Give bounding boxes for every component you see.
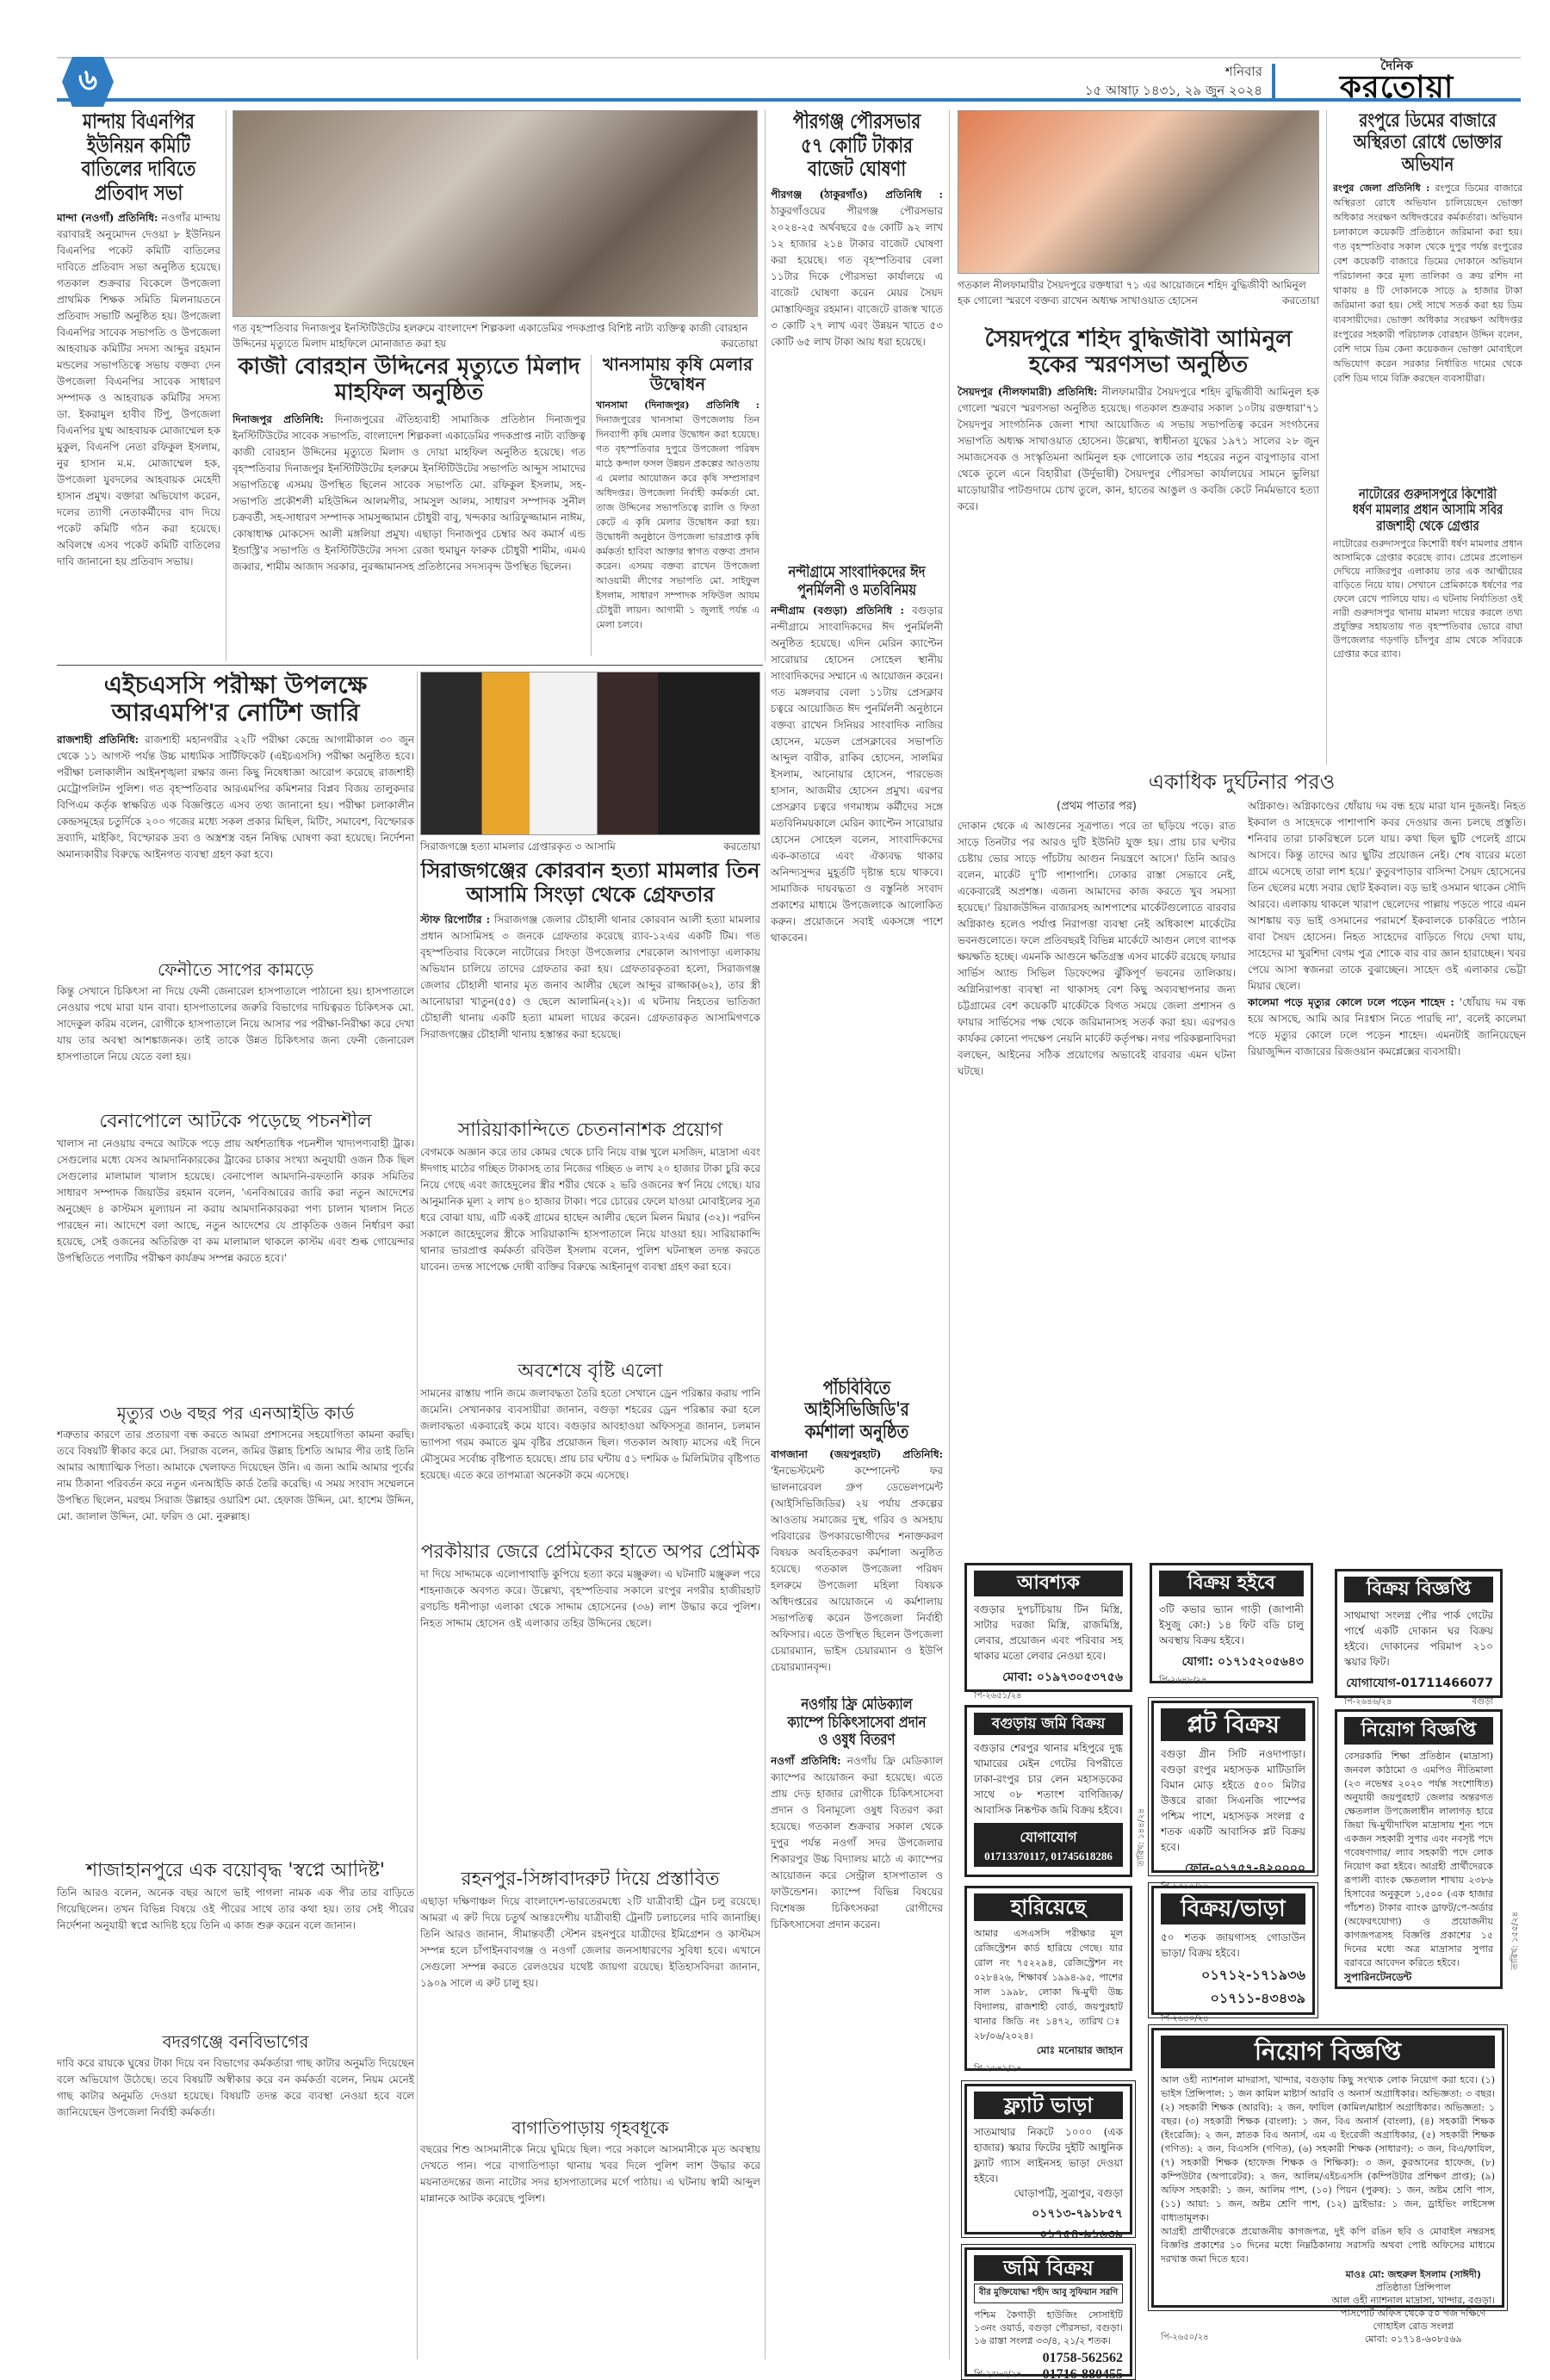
- headline: কাজী বোরহান উদ্দিনের মৃত্যুতে মিলাদ মাহফ…: [232, 355, 586, 406]
- article-body: বেগমকে অজ্ঞান করে তার কোমর থেকে চাবি নিয…: [420, 1144, 760, 1275]
- headline: পরকীয়ার জেরে প্রেমিকের হাতে অপর প্রেমিক: [420, 1541, 760, 1563]
- ad-title: নিয়োগ বিজ্ঞপ্তি: [1161, 2036, 1495, 2068]
- column-divider: [417, 672, 418, 2359]
- headline: বেনাপোলে আটকে পড়েছে পচনশীল: [57, 1111, 414, 1132]
- dateline: বাগজানা (জয়পুরহাট) প্রতিনিধি:: [771, 1448, 943, 1460]
- article-body: তিনি আরও বলেন, অনেক বছর আগে ভাই পাগলা না…: [57, 1885, 414, 1934]
- ad-sale-notice: বিক্রয় বিজ্ঞপ্তি সাথমাথা সংলগ্ন পৌর পার…: [1335, 1569, 1503, 1698]
- ad-title: আবশ্যক: [974, 1571, 1123, 1596]
- ad-phone-1: 01758-562562: [974, 2351, 1123, 2366]
- article-nid: মৃত্যুর ৩৬ বছর পর এনআইডি কার্ড শত্রুতার …: [57, 1404, 414, 1851]
- ad-title: নিয়োগ বিজ্ঞপ্তি: [1344, 1717, 1493, 1745]
- article-body: নন্দীগ্রাম (বগুড়া) প্রতিনিধি : বগুড়ার …: [771, 603, 943, 946]
- article-sirajganj: সিরাজগঞ্জের কোরবান হত্যা মামলার তিন আসাম…: [420, 859, 760, 1109]
- headline: মান্দায় বিএনপির ইউনিয়ন কমিটি বাতিলের দ…: [71, 110, 206, 205]
- article-accident: একাধিক দুর্ঘটনার পরও (প্রথম পাতার পর) দো…: [958, 771, 1526, 1287]
- side-code: তারিখ: ১৪৪/২৪: [1135, 1808, 1150, 1867]
- body-text: দিনাজপুরের ঐতিহ্যবাহী সামাজিক প্রতিষ্ঠান…: [232, 413, 586, 573]
- photo-credit: করতোয়া: [1282, 293, 1319, 308]
- signatory-line: মোবা: ০১৭১৪-৬০৮৫৬৯: [1331, 2333, 1495, 2346]
- right-column: অগ্নিকাণ্ড। অগ্নিকাণ্ডের ধোঁয়ায় দম বন্…: [1248, 798, 1526, 1080]
- headline: সিরাজগঞ্জের কোরবান হত্যা মামলার তিন আসাম…: [420, 859, 760, 907]
- headline: একাধিক দুর্ঘটনার পরও: [958, 771, 1526, 795]
- article-body: মান্দা (নওগাঁ) প্রতিনিধি: নওগাঁর মান্দায…: [57, 210, 220, 570]
- masthead: ৬ শনিবার ১৫ আষাঢ় ১৪৩১, ২৯ জুন ২০২৪ দৈনি…: [57, 57, 1521, 102]
- article-benapole: বেনাপোলে আটকে পড়েছে পচনশীল খালাস না নেও…: [57, 1111, 414, 1395]
- subhead-2: কালেমা পড়ে মৃত্যুর কোলে ঢলে পড়েন শাহেদ…: [1248, 996, 1454, 1008]
- dateline: দিনাজপুর প্রতিনিধি:: [232, 413, 324, 425]
- ad-title: বিক্রয়/ভাড়া: [1161, 1893, 1305, 1924]
- article-body: বাগজানা (জয়পুরহাট) প্রতিনিধি: 'ইনভেস্টম…: [771, 1447, 943, 1676]
- photo-memorial: [958, 110, 1319, 274]
- headline: রংপুরে ডিমের বাজারে অস্থিরতা রোধে ভোক্তা…: [1350, 110, 1505, 176]
- article-body: রাজশাহী প্রতিনিধি: রাজশাহী মহানগরীর ২২টি…: [57, 732, 414, 863]
- ad-location: ঘোড়াপট্টি, সুত্রাপুর, বগুড়া: [974, 2186, 1123, 2203]
- article-pirganj: পীরগঞ্জ পৌরসভার ৫৭ কোটি টাকার বাজেট ঘোষণ…: [771, 110, 943, 558]
- headline: খানসামায় কৃষি মেলার উদ্বোধন: [596, 355, 759, 394]
- article-manda: মান্দায় বিএনপির ইউনিয়ন কমিটি বাতিলের দ…: [57, 110, 220, 661]
- article-saidpur: সৈয়দপুরে শহিদ বুদ্ধিজীবী আমিনুল হকের স্…: [958, 327, 1319, 672]
- column-divider: [226, 110, 226, 661]
- article-body: কিন্তু সেখানে চিকিৎসা না দিয়ে ফেনী জেনা…: [57, 983, 414, 1065]
- body-text: দিনাজপুরের খানসামা উপজেলায় তিন দিনব্যাপ…: [596, 414, 759, 630]
- ad-code: পি-২৬৪০/২৪: [1161, 2012, 1305, 2027]
- ad-title: ফ্ল্যাট ভাড়া: [974, 2092, 1123, 2119]
- body-right: অগ্নিকাণ্ড। অগ্নিকাণ্ডের ধোঁয়ায় দম বন্…: [1248, 798, 1526, 995]
- signatory-line: প্রতিষ্ঠাতা প্রিন্সিপাল: [1331, 2281, 1495, 2294]
- ad-contact: যোগাযোগ-01711466077: [1344, 1673, 1493, 1694]
- ad-phone-2: ০১৭১১-৪৩৪৩৯: [1161, 1987, 1305, 2011]
- newspaper-logo: দৈনিক করতোয়া: [1285, 59, 1509, 103]
- body-text: নওগাঁয় ফ্রি মেডিক্যাল ক্যাম্পের আয়োজন …: [771, 1755, 943, 1931]
- ad-code: পি-২৬৪৯/২৪: [974, 2062, 1123, 2077]
- signatory-name: মাওঃ মো: জহুরুল ইসলাম (সাঈদী): [1331, 2268, 1495, 2281]
- headline: রহনপুর-সিঙ্গাবাদরুট দিয়ে প্রস্তাবিত: [420, 1869, 760, 1890]
- ad-signature-block: মাওঃ মো: জহুরুল ইসলাম (সাঈদী) প্রতিষ্ঠাত…: [1331, 2268, 1495, 2346]
- article-body: সৈয়দপুর (নীলফামারী) প্রতিনিধি: নীলফামার…: [958, 384, 1319, 515]
- ad-flat-rent: ফ্ল্যাট ভাড়া সাতমাথার নিকটে ১০০০ (এক হা…: [964, 2084, 1132, 2234]
- article-porokiya: পরকীয়ার জেরে প্রেমিকের হাতে অপর প্রেমিক…: [420, 1541, 760, 1800]
- article-body: খালাস না নেওয়ায় বন্দরে আটকে পড়ে প্রায…: [57, 1136, 414, 1267]
- ad-subtitle: বীর মুক্তিযোদ্ধা শহীদ আবু সুফিয়ান সরণি: [974, 2284, 1123, 2303]
- ad-phone-2: ০১৭৫৪-৯১৬৩৯: [974, 2224, 1123, 2245]
- subhead: (প্রথম পাতার পর): [958, 798, 1236, 816]
- date-divider: [1272, 64, 1275, 98]
- ad-title: বিক্রয় বিজ্ঞপ্তি: [1344, 1577, 1493, 1602]
- dateline: সৈয়দপুর (নীলফামারী) প্রতিনিধি:: [958, 386, 1097, 398]
- article-hsc: এইচএসসি পরীক্ষা উপলক্ষে আরএমপি'র নোটিশ জ…: [57, 672, 414, 956]
- logo-big: করতোয়া: [1285, 72, 1509, 103]
- ad-title: প্লট বিক্রয়: [1161, 1708, 1305, 1741]
- article-rain: অবশেষে বৃষ্টি এলো সামনের রাস্তায় পানি জ…: [420, 1360, 760, 1533]
- ad-body: ৩টি কভার ভ্যান গাড়ী (জাপানী ইসুজু কো:) …: [1159, 1602, 1304, 1648]
- photo-caption: সিরাজগঞ্জে হত্যা মামলার গ্রেপ্তারকৃত ৩ আ…: [420, 839, 760, 854]
- article-body: দাবি করে রায়কে ঘুষের টাকা দিয়ে বন বিভা…: [57, 2055, 414, 2121]
- contact-label: যোগাযোগ: [977, 1826, 1119, 1850]
- article-body: দিনাজপুর প্রতিনিধি: দিনাজপুরের ঐতিহ্যবাহ…: [232, 412, 586, 575]
- contact-phones: 01713370117, 01745618286: [977, 1850, 1119, 1863]
- page-number-badge: ৬: [62, 57, 114, 107]
- photo-caption: গতকাল নীলফামারীর সৈয়দপুরে রক্তধারা ৭১ এ…: [958, 277, 1319, 308]
- photo-arrested: [420, 672, 760, 835]
- caption-text: সিরাজগঞ্জে হত্যা মামলার গ্রেপ্তারকৃত ৩ আ…: [420, 840, 616, 852]
- ad-lost: হারিয়েছে আমার এসএসসি পরীক্ষার মূল রেজিস…: [964, 1886, 1132, 2071]
- article-shajahanpur: শাজাহানপুরে এক বয়োবৃদ্ধ 'স্বপ্নে আদিষ্ট…: [57, 1860, 414, 2024]
- headline: নাটোরের গুরুদাসপুরে কিশোরী ধর্ষণ মামলার …: [1350, 487, 1505, 534]
- ad-code: পি-২৫৮৩/২৪: [974, 2368, 1022, 2380]
- ad-body-2: আগ্রহী প্রার্থীদেরকে প্রয়োজনীয় কাগজপত্…: [1161, 2225, 1495, 2266]
- article-body: রংপুর জেলা প্রতিনিধি : রংপুরে ডিমের বাজা…: [1333, 181, 1522, 386]
- column-divider: [765, 110, 766, 661]
- column-divider: [591, 355, 592, 656]
- headline: পীরগঞ্জ পৌরসভার ৫৭ কোটি টাকার বাজেট ঘোষণ…: [786, 110, 927, 182]
- ad-phone-1: ০১৭১৩-৭৯১৮৫৭: [974, 2203, 1123, 2224]
- dateline: রাজশাহী প্রতিনিধি:: [57, 734, 139, 746]
- article-kazi: কাজী বোরহান উদ্দিনের মৃত্যুতে মিলাদ মাহফ…: [232, 355, 586, 656]
- ad-title: বগুড়ায় জমি বিক্রয়: [974, 1713, 1123, 1735]
- ad-contact-box: যোগাযোগ 01713370117, 01745618286: [974, 1823, 1123, 1867]
- signatory-line: আল ওহী ন্যাশনাল মাদ্রাসা, খান্দার, বগুড়…: [1331, 2294, 1495, 2307]
- article-body: শত্রুতার কারণে তার প্রতারণা বন্ধ করতে আম…: [57, 1427, 414, 1525]
- body-text: রংপুরে ডিমের বাজারে অস্থিরতা রোধে অভিযান…: [1333, 183, 1522, 384]
- ad-code: পি-২৬৫১/২৪: [974, 1689, 1123, 1704]
- article-badarganj: বদরগঞ্জে বনবিভাগের দাবি করে রায়কে ঘুষের…: [57, 2032, 414, 2359]
- article-body: স্টাফ রিপোর্টার : সিরাজগঞ্জ জেলার চৌহালী…: [420, 912, 760, 1043]
- ad-location: বগুড়া: [1472, 1695, 1493, 1710]
- photo-milad: [232, 110, 758, 317]
- dateline: নন্দীগ্রাম (বগুড়া) প্রতিনিধি :: [771, 604, 904, 617]
- body-left: দোকান থেকে এ আগুনের সূত্রপাত। পরে তা ছড়…: [958, 818, 1236, 1080]
- article-bagatipara: বাগাতিপাড়ায় গৃহবধূকে বছরের শিশু আসমানী…: [420, 2118, 760, 2359]
- newspaper-page: ৬ শনিবার ১৫ আষাঢ় ১৪৩১, ২৯ জুন ২০২৪ দৈনি…: [0, 0, 1550, 2380]
- ad-code: পি-২৬৫০/২৪: [1161, 2331, 1209, 2346]
- ad-body: বগুড়া গ্রীন সিটি নওদাপাড়া। বগুড়া রংপু…: [1161, 1746, 1305, 1855]
- headline: মৃত্যুর ৩৬ বছর পর এনআইডি কার্ড: [57, 1404, 414, 1423]
- headline: বাগাতিপাড়ায় গৃহবধূকে: [420, 2118, 760, 2138]
- ad-for-sale: বিক্রয় হইবে ৩টি কভার ভ্যান গাড়ী (জাপান…: [1150, 1563, 1313, 1683]
- article-body: নওগাঁ প্রতিনিধি: নওগাঁয় ফ্রি মেডিক্যাল …: [771, 1753, 943, 1933]
- body-text: সিরাজগঞ্জ জেলার চৌহালী থানার কোরবান আলী …: [420, 914, 760, 1040]
- body-text: বগুড়ার নন্দীগ্রামে সাংবাদিকদের ঈদ পুনর্…: [771, 604, 943, 944]
- article-rangpur-egg: রংপুরে ডিমের বাজারে অস্থিরতা রোধে ভোক্তা…: [1333, 110, 1522, 480]
- headline: অবশেষে বৃষ্টি এলো: [420, 1360, 760, 1382]
- headline: শাজাহানপুরে এক বয়োবৃদ্ধ 'স্বপ্নে আদিষ্ট…: [57, 1860, 414, 1881]
- ad-recruitment-madrasa: নিয়োগ বিজ্ঞপ্তি বেসরকারি শিক্ষা প্রতিষ্…: [1335, 1709, 1503, 1989]
- two-column-body: (প্রথম পাতার পর) দোকান থেকে এ আগুনের সূত…: [958, 798, 1526, 1080]
- caption-text: গত বৃহস্পতিবার দিনাজপুর ইনস্টিটিউটের হলর…: [232, 322, 748, 350]
- ad-land-sale: জমি বিক্রয় বীর মুক্তিযোদ্ধা শহীদ আবু সু…: [964, 2247, 1132, 2377]
- ad-body: বগুড়ার দুপচাঁচিয়ায় টিন মিস্ত্রি, সাটা…: [974, 1602, 1123, 1664]
- date-label: ১৫ আষাঢ় ১৪৩১, ২৯ জুন ২০২৪: [1085, 81, 1262, 100]
- ad-phone-1: ০১৭১২-১৭১৯৩৬: [1161, 1964, 1305, 1987]
- ad-footer: পি-২৬৫০/২৪ মাওঃ মো: জহুরুল ইসলাম (সাঈদী)…: [1161, 2268, 1495, 2346]
- article-body: এছাড়া দক্ষিণাঞ্চল দিয়ে বাংলাদেশ-ভারতের…: [420, 1893, 760, 1992]
- dateline: রংপুর জেলা প্রতিনিধি :: [1333, 183, 1429, 194]
- headline: সৈয়দপুরে শহিদ বুদ্ধিজীবী আমিনুল হকের স্…: [958, 327, 1319, 379]
- ad-footer: পি-২৫৮৩/২৪ 01716-880455: [974, 2366, 1123, 2380]
- headline: নওগাঁয় ফ্রি মেডিক্যাল ক্যাম্পে চিকিৎসাস…: [786, 1696, 927, 1750]
- headline: পাঁচবিবিতে আইসিভিজিডি'র কর্মশালা অনুষ্ঠি…: [786, 1378, 927, 1443]
- headline: নন্দীগ্রামে সাংবাদিকদের ঈদ পুনর্মিলনী ও …: [786, 564, 927, 599]
- ad-body: আমার এসএসসি পরীক্ষার মূল রেজিস্ট্রেশন কা…: [974, 1926, 1123, 2043]
- ad-plot-sale: প্লট বিক্রয় বগুড়া গ্রীন সিটি নওদাপাড়া…: [1151, 1701, 1315, 1873]
- column-divider: [765, 672, 766, 2359]
- signatory-line: পাসপোর্ট অফিস থেকে ৫০ গজ দক্ষিণে: [1331, 2307, 1495, 2320]
- article-body: দা দিয়ে সাদ্দামকে এলোপাথাড়ি কুপিয়ে হত…: [420, 1566, 760, 1632]
- article-body: খানসামা (দিনাজপুর) প্রতিনিধি : দিনাজপুরে…: [596, 398, 759, 632]
- dateline: পীরগঞ্জ (ঠাকুরগাঁও) প্রতিনিধি :: [771, 189, 943, 201]
- ad-land-sale-bogura: বগুড়ায় জমি বিক্রয় বগুড়ার শেরপুর থানা…: [964, 1705, 1132, 1877]
- ad-recruitment-alwahi: নিয়োগ বিজ্ঞপ্তি আল ওহী ন্যাশনাল মাদরাসা…: [1151, 2028, 1504, 2308]
- ad-sale-rent: বিক্রয়/ভাড়া ৫০ শতক জায়গাসহ গোডাউন ভাড…: [1151, 1886, 1315, 2015]
- body-text: নওগাঁর মান্দায় বরাবারই অনুমোদন দেওয়া ৮…: [57, 212, 220, 567]
- article-khansama: খানসামায় কৃষি মেলার উদ্বোধন খানসামা (দি…: [596, 355, 759, 656]
- body-text: রাজশাহী মহানগরীর ২২টি পরীক্ষা কেন্দ্রে আ…: [57, 734, 414, 860]
- date-block: শনিবার ১৫ আষাঢ় ১৪৩১, ২৯ জুন ২০২৪: [1085, 62, 1262, 100]
- photo-caption: গত বৃহস্পতিবার দিনাজপুর ইনস্টিটিউটের হলর…: [232, 320, 758, 351]
- headline: বদরগঞ্জে বনবিভাগের: [57, 2032, 414, 2052]
- article-body: নাটোরের গুরুদাসপুরে কিশোরী ধর্ষণ মামলার …: [1333, 537, 1522, 661]
- ad-body: বেসরকারি শিক্ষা প্রতিষ্ঠান (মাদ্রাসা) জন…: [1344, 1750, 1493, 1970]
- headline: সারিয়াকান্দিতে চেতনানাশক প্রয়োগ: [420, 1119, 760, 1141]
- dateline: স্টাফ রিপোর্টার :: [420, 914, 490, 926]
- ad-body: সাথমাথা সংলগ্ন পৌর পার্ক গেটের পার্শ্বে …: [1344, 1608, 1493, 1670]
- ad-contact: মোবা: ০১৯৭৩০৫৩৭৫৬: [974, 1667, 1123, 1688]
- side-code: তারিখ: ১৫৫/২৪: [1509, 1912, 1523, 1970]
- ad-code: পি-২৬৪৮/২৪: [1159, 1674, 1304, 1689]
- article-feni: ফেনীতে সাপের কামড়ে কিন্তু সেখানে চিকিৎস…: [57, 960, 414, 1089]
- headline: এইচএসসি পরীক্ষা উপলক্ষে আরএমপি'র নোটিশ জ…: [57, 672, 414, 727]
- caption-text: গতকাল নীলফামারীর সৈয়দপুরে রক্তধারা ৭১ এ…: [958, 279, 1306, 307]
- article-body: সামনের রাস্তায় পানি জমে জলাবদ্ধতা তৈরি …: [420, 1385, 760, 1484]
- section-rule: [57, 665, 763, 666]
- article-nandigram: নন্দীগ্রামে সাংবাদিকদের ঈদ পুনর্মিলনী ও …: [771, 564, 943, 1253]
- body-right-2: কালেমা পড়ে মৃত্যুর কোলে ঢলে পড়েন শাহেদ…: [1248, 995, 1526, 1060]
- article-naogaon-camp: নওগাঁয় ফ্রি মেডিক্যাল ক্যাম্পে চিকিৎসাস…: [771, 1696, 943, 2368]
- ad-body: বগুড়ার শেরপুর থানার মহিপুরে দুগ্ধ খামার…: [974, 1740, 1123, 1818]
- dateline: নওগাঁ প্রতিনিধি:: [771, 1755, 841, 1767]
- article-body: বছরের শিশু আসমানীকে নিয়ে ঘুমিয়ে ছিল। প…: [420, 2141, 760, 2207]
- article-body: পীরগঞ্জ (ঠাকুরগাঁও) প্রতিনিধি : ঠাকুরগাঁ…: [771, 187, 943, 350]
- ad-title: জমি বিক্রয়: [974, 2255, 1123, 2281]
- ad-contact: ফোন-০১৭৫৭-৪২০০০০: [1161, 1858, 1305, 1879]
- photo-credit: করতোয়া: [721, 336, 758, 351]
- article-panchbibi: পাঁচবিবিতে আইসিভিজিডি'র কর্মশালা অনুষ্ঠি…: [771, 1378, 943, 1688]
- ad-footer: পি-২৬৪৬/২৪ বগুড়া: [1344, 1694, 1493, 1710]
- ad-title: হারিয়েছে: [974, 1893, 1123, 1921]
- ad-body: সাতমাথার নিকটে ১০০০ (এক হাজার) স্কয়ার ফ…: [974, 2124, 1123, 2186]
- ad-phone-2: 01716-880455: [1043, 2367, 1123, 2380]
- ad-body: আল ওহী ন্যাশনাল মাদরাসা, খান্দার, বগুড়া…: [1161, 2073, 1495, 2225]
- dateline: খানসামা (দিনাজপুর) প্রতিনিধি :: [596, 400, 759, 411]
- ad-wanted: আবশ্যক বগুড়ার দুপচাঁচিয়ায় টিন মিস্ত্র…: [964, 1563, 1132, 1692]
- body-text: ঠাকুরগাঁওয়ের পীরগঞ্জ পৌরসভার ২০২৪-২৫ অর…: [771, 205, 943, 348]
- ad-contact: যোগা: ০১৭১৫২০৫৬৪৩: [1159, 1652, 1304, 1672]
- body-text: 'ইনভেস্টমেন্ট কম্পোনেন্ট ফর ভালনারেবল গ্…: [771, 1465, 943, 1673]
- article-sariakandi: সারিয়াকান্দিতে চেতনানাশক প্রয়োগ বেগমকে…: [420, 1119, 760, 1343]
- article-natore: নাটোরের গুরুদাসপুরে কিশোরী ধর্ষণ মামলার …: [1333, 487, 1522, 762]
- column-divider: [949, 110, 950, 2359]
- signatory-line: গোহাইল রোড সংলগ্ন: [1331, 2320, 1495, 2333]
- ad-sign: মোঃ মনোয়ার জাহান: [974, 2043, 1123, 2061]
- headline: ফেনীতে সাপের কামড়ে: [57, 960, 414, 980]
- left-column: (প্রথম পাতার পর) দোকান থেকে এ আগুনের সূত…: [958, 798, 1236, 1080]
- ad-sign: সুপারিনটেনডেন্ট: [1344, 1970, 1493, 1987]
- ad-title: বিক্রয় হইবে: [1159, 1571, 1304, 1596]
- ad-body: ৫০ শতক জায়গাসহ গোডাউন ভাড়া/ বিক্রয় হই…: [1161, 1930, 1305, 1961]
- body-text: নীলফামারীর সৈয়দপুরে শহিদ বুদ্ধিজীবী আমি…: [958, 386, 1319, 512]
- ad-body: পশ্চিম কৈগাড়ী হাউজিং সোসাইটি ১৩নং ওয়ার…: [974, 2309, 1123, 2347]
- column-divider: [1326, 110, 1327, 765]
- dateline: মান্দা (নওগাঁ) প্রতিনিধি:: [57, 212, 158, 224]
- article-rohanpur: রহনপুর-সিঙ্গাবাদরুট দিয়ে প্রস্তাবিত এছা…: [420, 1869, 760, 2110]
- photo-credit: করতোয়া: [723, 839, 760, 854]
- day-label: শনিবার: [1085, 62, 1262, 81]
- ad-code: পি-২৬৪৬/২৪: [1344, 1695, 1392, 1710]
